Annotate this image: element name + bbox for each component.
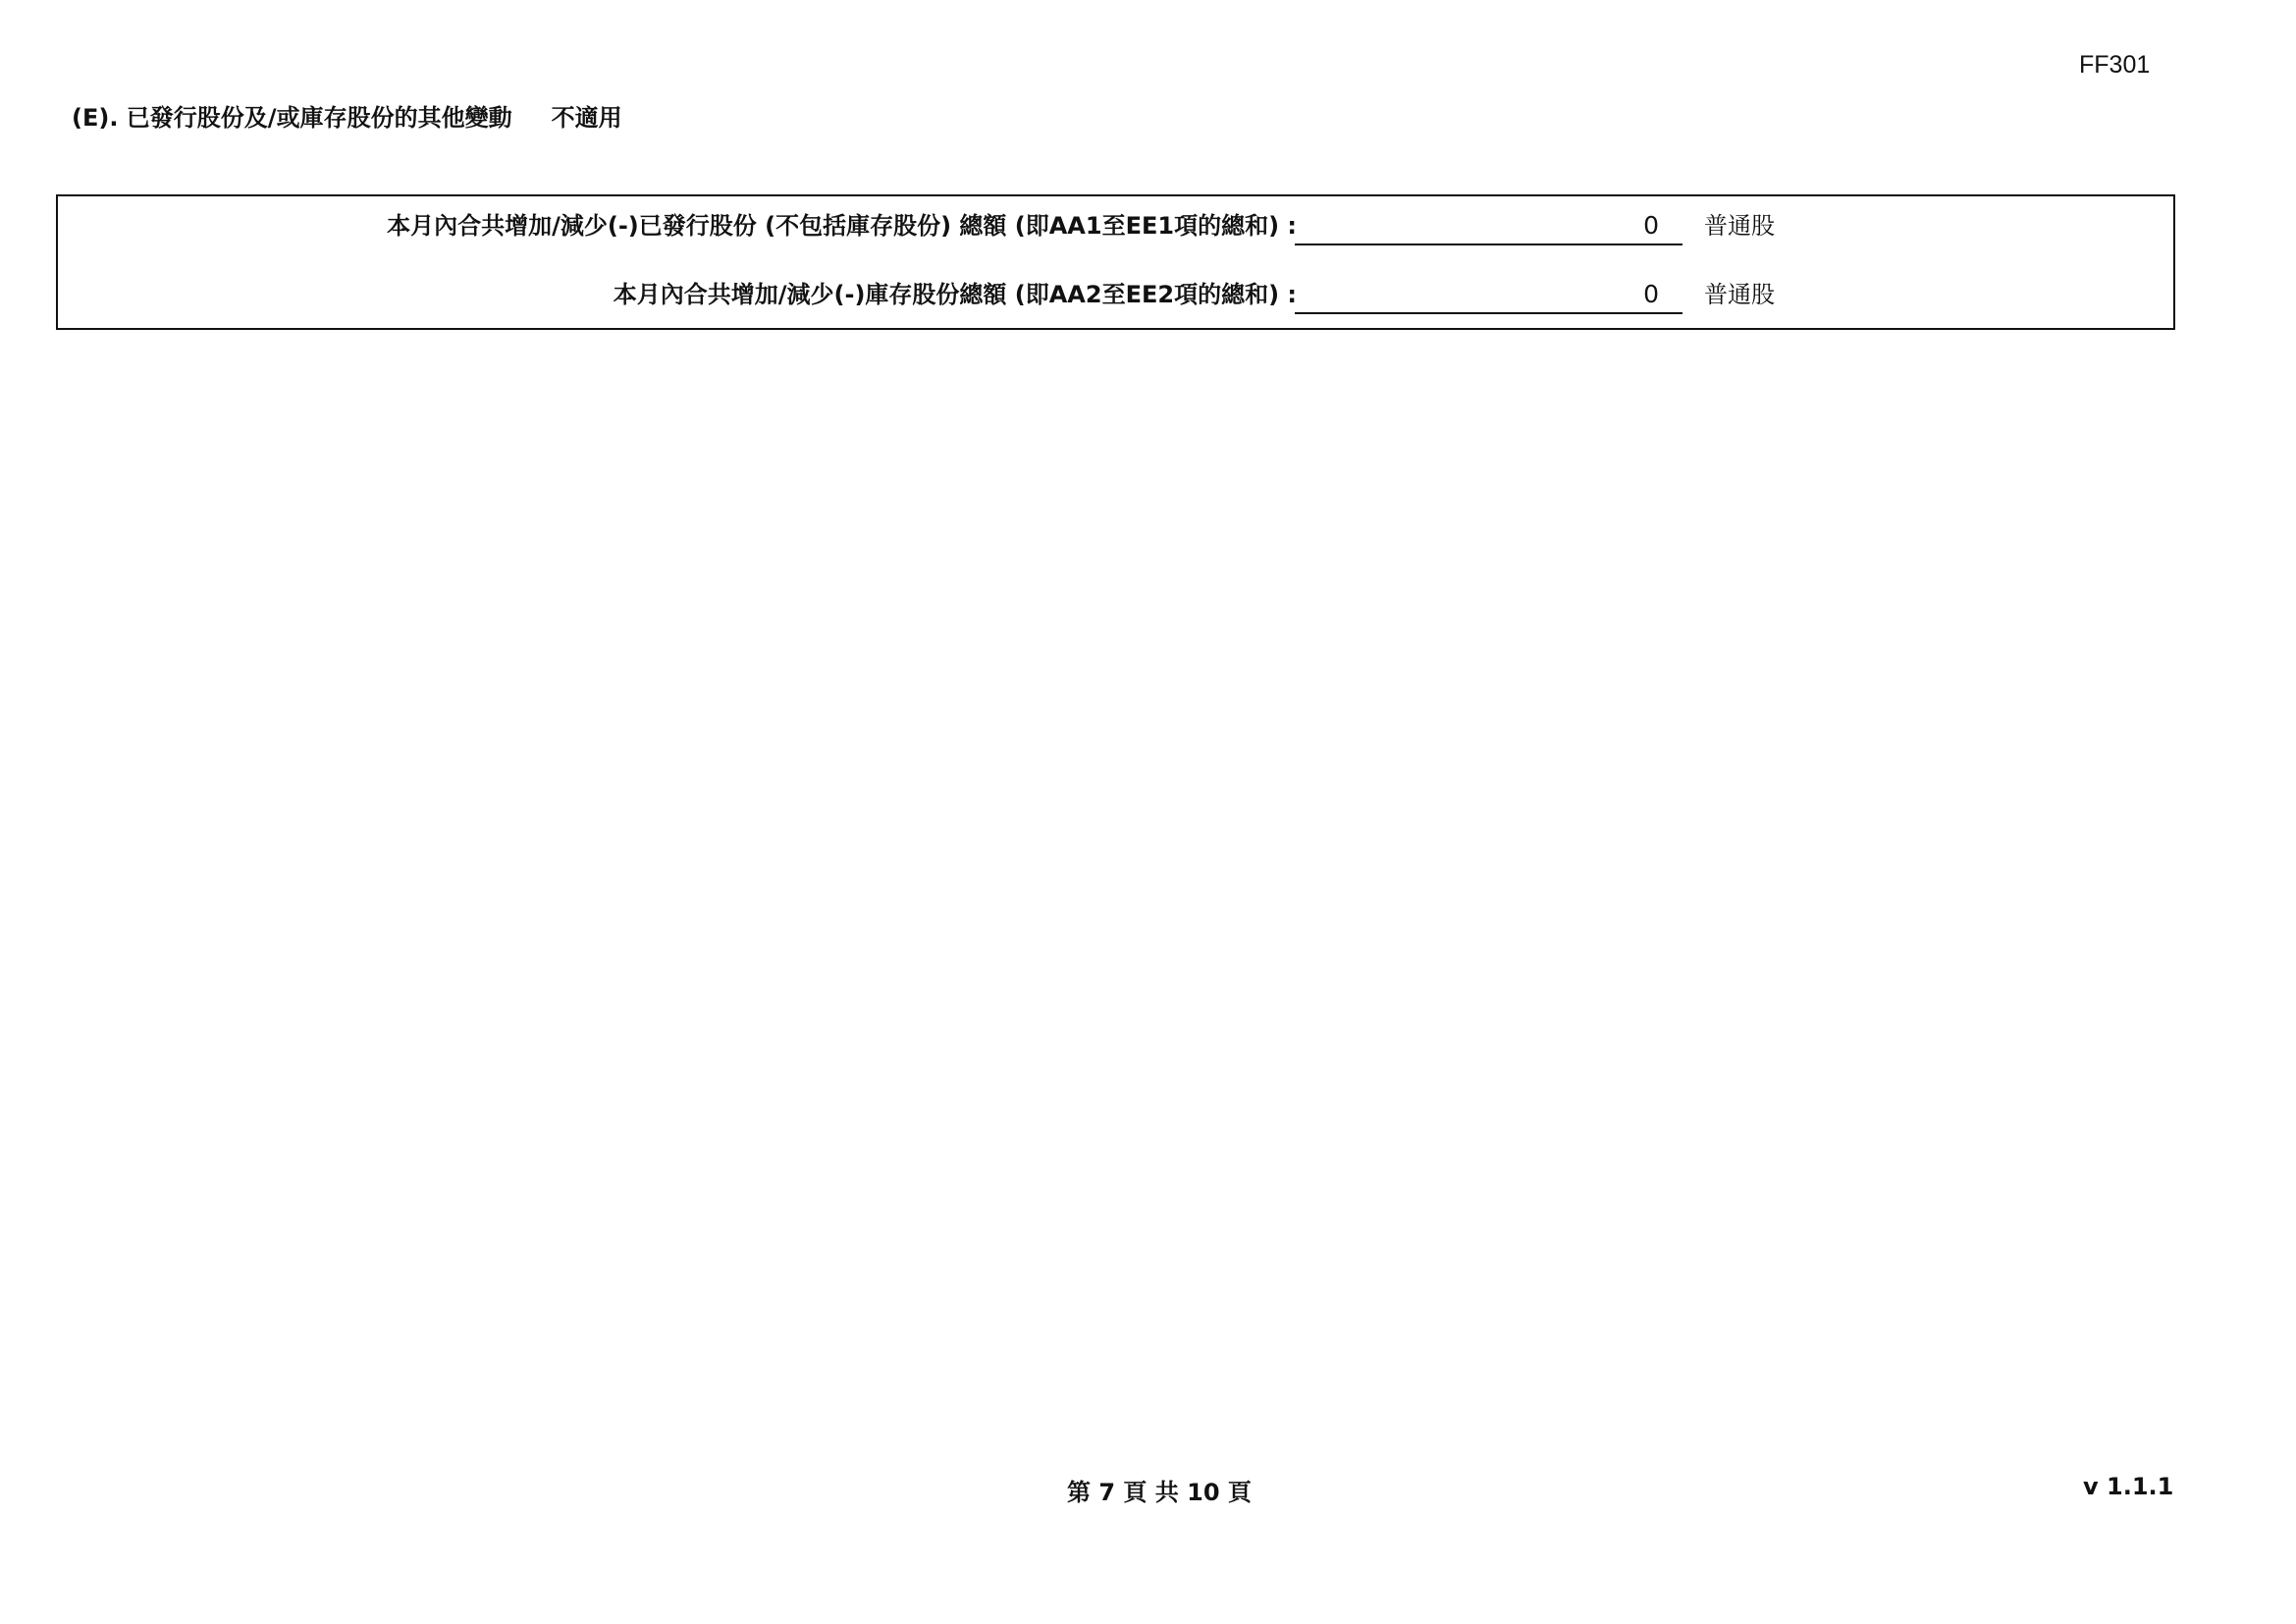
treasury-shares-total-field[interactable]: 0 — [1295, 277, 1682, 314]
summary-row-treasury-shares: 本月內合共增加/減少(-)庫存股份總額 (即AA2至EE2項的總和) : 0 普… — [58, 279, 2173, 318]
issued-shares-total-label: 本月內合共增加/減少(-)已發行股份 (不包括庫存股份) 總額 (即AA1至EE… — [387, 210, 1297, 242]
treasury-shares-total-label: 本月內合共增加/減少(-)庫存股份總額 (即AA2至EE2項的總和) : — [614, 279, 1297, 310]
issued-shares-unit: 普通股 — [1704, 210, 1775, 242]
issued-shares-total-value: 0 — [1643, 210, 1659, 242]
treasury-shares-unit: 普通股 — [1704, 279, 1775, 310]
section-title: (E). 已發行股份及/或庫存股份的其他變動 — [72, 98, 512, 133]
treasury-shares-total-value: 0 — [1643, 279, 1659, 310]
summary-box: 本月內合共增加/減少(-)已發行股份 (不包括庫存股份) 總額 (即AA1至EE… — [56, 194, 2175, 330]
section-header: (E). 已發行股份及/或庫存股份的其他變動 不適用 — [72, 98, 622, 133]
version-label: v 1.1.1 — [2083, 1473, 2173, 1500]
summary-row-issued-shares: 本月內合共增加/減少(-)已發行股份 (不包括庫存股份) 總額 (即AA1至EE… — [58, 210, 2173, 249]
page-indicator: 第 7 頁 共 10 頁 — [1067, 1473, 1252, 1507]
issued-shares-total-field[interactable]: 0 — [1295, 208, 1682, 245]
section-status: 不適用 — [552, 98, 622, 133]
form-code: FF301 — [2079, 51, 2150, 80]
